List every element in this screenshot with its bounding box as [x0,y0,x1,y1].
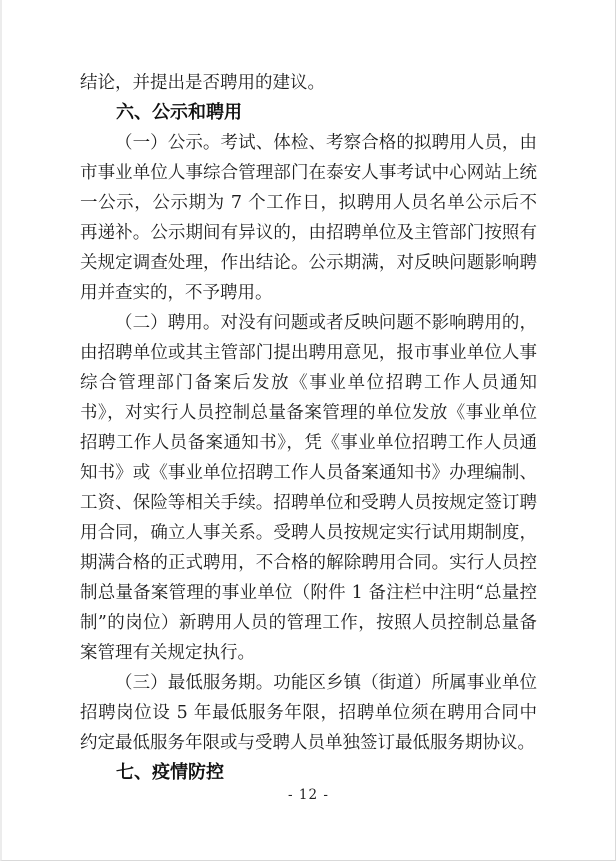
paragraph-publicity: （一）公示。考试、体检、考察合格的拟聘用人员，由市事业单位人事综合管理部门在泰安… [80,128,537,308]
page-number: - 12 - [2,786,615,804]
document-body: 结论，并提出是否聘用的建议。 六、公示和聘用 （一）公示。考试、体检、考察合格的… [80,68,537,788]
document-page: 结论，并提出是否聘用的建议。 六、公示和聘用 （一）公示。考试、体检、考察合格的… [0,0,616,861]
section-heading-publicity-and-employment: 六、公示和聘用 [80,98,537,128]
paragraph-minimum-service-period: （三）最低服务期。功能区乡镇（街道）所属事业单位招聘岗位设 5 年最低服务年限，… [80,668,537,758]
paragraph-continuation: 结论，并提出是否聘用的建议。 [80,68,537,98]
paragraph-employment: （二）聘用。对没有问题或者反映问题不影响聘用的，由招聘单位或其主管部门提出聘用意… [80,308,537,668]
section-heading-epidemic-prevention: 七、疫情防控 [80,758,537,788]
